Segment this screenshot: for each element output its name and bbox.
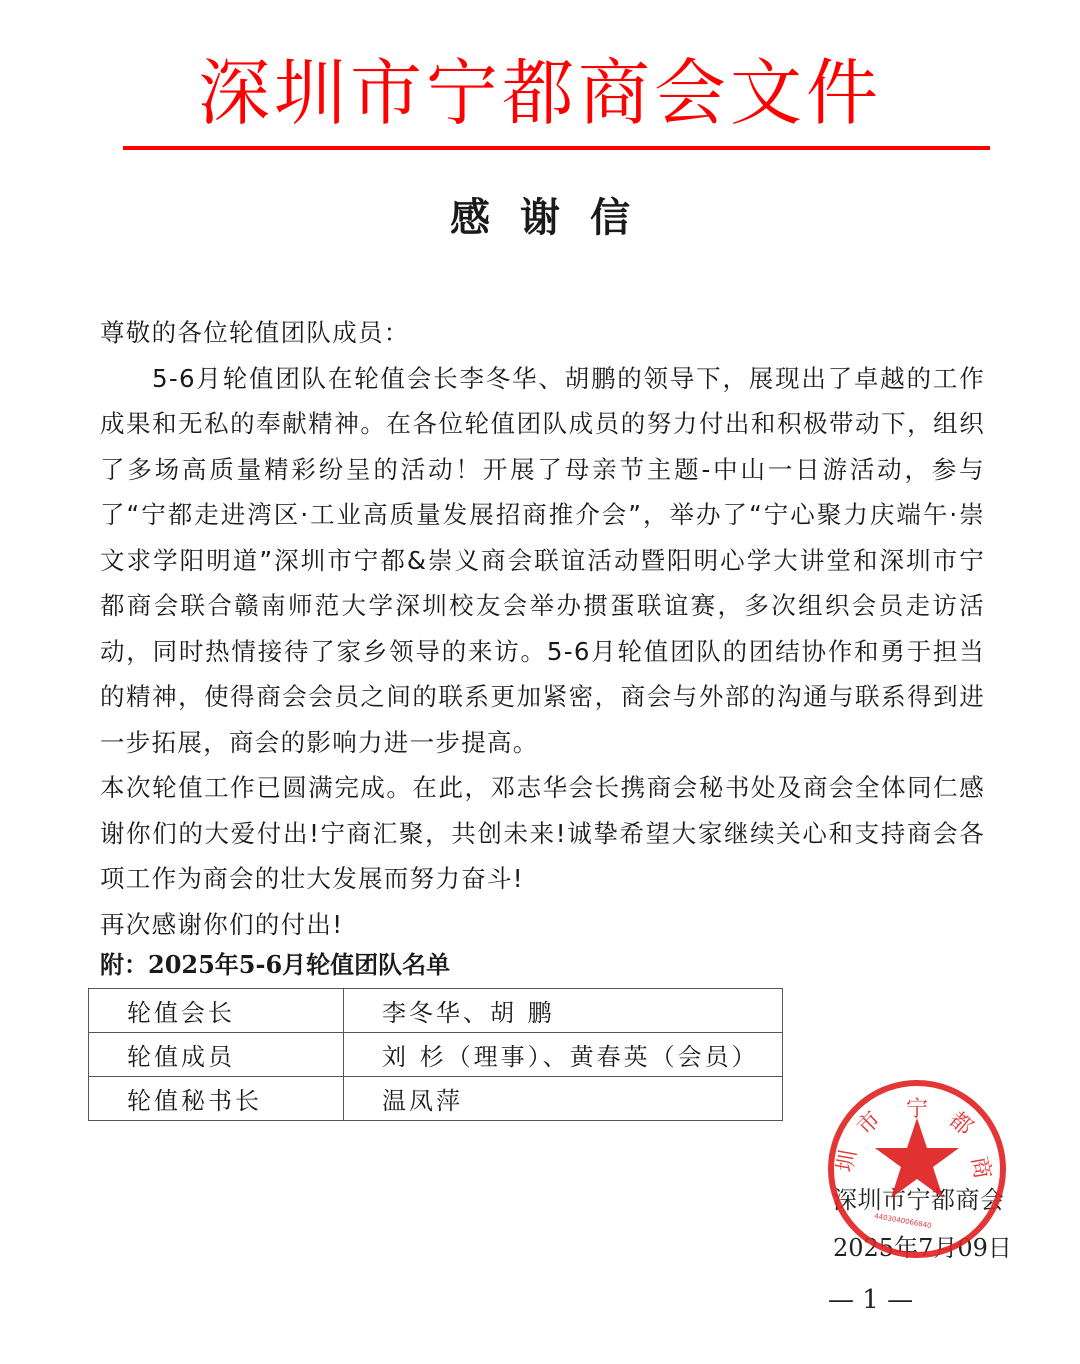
svg-text:4403040066840: 4403040066840 — [874, 1212, 932, 1230]
names-cell: 李冬华、胡 鹏 — [344, 989, 783, 1033]
table-row: 轮值会长 李冬华、胡 鹏 — [89, 989, 783, 1033]
svg-text:宁: 宁 — [906, 1097, 928, 1122]
letterhead-red-rule — [123, 146, 990, 150]
paragraph-1: 5-6月轮值团队在轮值会长李冬华、胡鹏的领导下，展现出了卓越的工作成果和无私的奉… — [100, 356, 985, 766]
letter-body: 尊敬的各位轮值团队成员： 5-6月轮值团队在轮值会长李冬华、胡鹏的领导下，展现出… — [100, 310, 985, 947]
svg-text:都: 都 — [944, 1107, 977, 1140]
paragraph-3: 再次感谢你们的付出! — [100, 902, 985, 948]
svg-text:圳: 圳 — [833, 1148, 861, 1174]
role-cell: 轮值秘书长 — [89, 1077, 344, 1121]
letterhead-title: 深圳市宁都商会文件 — [0, 48, 1080, 138]
official-seal-icon: 圳 市 宁 都 商 4403040066840 — [826, 1078, 1008, 1260]
role-cell: 轮值成员 — [89, 1033, 344, 1077]
roster-table: 轮值会长 李冬华、胡 鹏 轮值成员 刘 杉（理事）、黄春英（会员） 轮值秘书长 … — [88, 988, 783, 1121]
salutation: 尊敬的各位轮值团队成员： — [100, 310, 985, 356]
svg-text:市: 市 — [853, 1107, 886, 1140]
names-cell: 刘 杉（理事）、黄春英（会员） — [344, 1033, 783, 1077]
svg-text:商: 商 — [966, 1155, 994, 1181]
appendix-title: 附：2025年5-6月轮值团队名单 — [100, 945, 450, 985]
paragraph-2: 本次轮值工作已圆满完成。在此，邓志华会长携商会秘书处及商会全体同仁感谢你们的大爱… — [100, 765, 985, 902]
document-title: 感谢信 — [0, 190, 1080, 246]
names-cell: 温凤萍 — [344, 1077, 783, 1121]
role-cell: 轮值会长 — [89, 989, 344, 1033]
table-row: 轮值成员 刘 杉（理事）、黄春英（会员） — [89, 1033, 783, 1077]
page-number: — 1 — — [828, 1282, 913, 1318]
table-row: 轮值秘书长 温凤萍 — [89, 1077, 783, 1121]
